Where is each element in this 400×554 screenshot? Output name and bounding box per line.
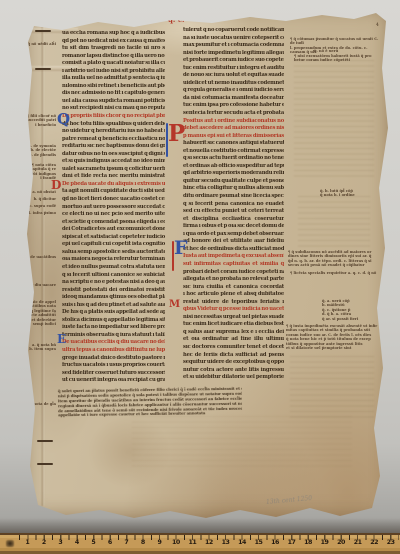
show-through-text	[298, 196, 370, 248]
text-line: ut cū uenerit integra oīa recipiat cū gr…	[62, 377, 165, 385]
margin-note: ¶ q̄ diu uacare	[22, 283, 56, 287]
margin-note: a. nō obstat b. q̄ dicitur c. supra eodē…	[22, 189, 56, 217]
margin-note: q̄. a. uerū cōp̄ b. māifestū q̄. c. q̄st…	[322, 299, 380, 321]
text-line: probari debēt coram iudice cōpetēti nā	[183, 269, 284, 277]
text-line: nō uidētur q̄ hereditariū ius nō habeāt …	[62, 128, 165, 136]
text-line: tā agit nōnulli cupiditate ducti sibi uē…	[62, 188, 165, 196]
text-line: q̄bus Videtur q̄ p̄cesse iudicia nō uacē…	[183, 306, 284, 314]
text-line: sīc iura ciuilia et canonica cōcordāt	[183, 284, 284, 292]
text-line: tū sit dīm trāsgredi nō facile ui nr̄o s	[62, 45, 165, 53]
text-line: sequitur uidere de exceptōibus q̄ oppo	[183, 359, 284, 367]
text-line: romanor̄ lapsū distinctōe q̄ illā uero n…	[62, 53, 165, 61]
text-line: p̄ manus ep̄i sui et litteras dimissoria…	[183, 133, 284, 141]
text-line: nisi necessitas urgeat uel pietas suadea…	[183, 314, 284, 322]
text-line: dei Cōtradicētes aūt excōmunicēt donec r…	[62, 226, 165, 234]
margin-note: ¶ q̄ subdiaconus nō ascēdit ad maiores o…	[288, 250, 382, 268]
ruler-number: 21	[349, 539, 366, 546]
text-line: ī arbitrio uel iudīo nisi sit prohibitū …	[62, 68, 165, 76]
ruler: 1234567891011121314151617181920212223	[0, 533, 400, 554]
ruler-end-mark	[6, 540, 14, 547]
text-column-right: tulerūt q̄ nō cōparuerūt cōdē nōtificamu…	[183, 27, 284, 382]
text-line: nā scriptū ē nō ē potestas nisi a deo q̄…	[62, 279, 165, 287]
text-line: De propriis filiis clīcor̄ q̄ nō recipiā…	[62, 113, 165, 121]
text-line: ī qua ordo et pax semp̄ debēt obseruari	[183, 231, 284, 239]
ruler-number: 2	[36, 539, 53, 546]
sewing-slit	[37, 463, 53, 465]
text-line: Iusta aūt impedimēta q̄ excusāt absentē	[183, 253, 284, 261]
text-line: sipiscāt et satisfaciāt cōpetēter iudici…	[62, 234, 165, 242]
show-through-text	[294, 60, 374, 180]
text-line: q̄d pōt nō uēdicat nisi ex causa q̄ māif…	[62, 38, 165, 46]
text-line: max p̄sumitur et ī cōtumacia cōdemnatur	[183, 42, 284, 50]
text-line: De hīs q̄ a p̄latis suis appellāt ad sed…	[62, 309, 165, 317]
ruler-number: 4	[69, 539, 86, 546]
ruler-number: 7	[118, 539, 135, 546]
ruler-number: 14	[234, 539, 251, 546]
ruler-number: 19	[316, 539, 333, 546]
initial-M-red: M	[169, 300, 180, 310]
text-line: et ordinās ab officio suspēditur ad tēpu…	[183, 163, 284, 171]
ruler-number: 1	[19, 539, 36, 546]
margin-note: ¶ nota cōtra capitula q̄ re cipiūt indig…	[22, 163, 56, 181]
text-line: q̄d arbitrio superioris moderandū relin	[183, 170, 284, 178]
text-line: Positus aūt ī ordine subdiaconatus nō	[183, 118, 284, 126]
initial-E-blue: E	[57, 333, 66, 345]
shadow-band	[0, 518, 400, 534]
text-line: habuerit sīc canones antiqui statuerūt	[183, 140, 284, 148]
ruler-number: 11	[184, 539, 201, 546]
text-line: oīa maiora negocia referūtur terminanda	[62, 256, 165, 264]
text-line: ad honorē dei et utilitatē aīar̄ fideliū	[183, 238, 284, 246]
ruler-number: 18	[300, 539, 317, 546]
text-line: dis nec admissio nō fit ī capitulo gener…	[62, 90, 165, 98]
text-line: da nisi cōtumacia manifesta doceatur	[183, 95, 284, 103]
ruler-number: 8	[135, 539, 152, 546]
text-line: sed cū effectu puniet̄ ut ceteri terreāt…	[183, 208, 284, 216]
text-line: q̄ sī secus actū fuerit ordinatio nō ten…	[183, 155, 284, 163]
text-line: tūc enim restituitur ī integrū et auditu…	[183, 65, 284, 73]
text-line: restat uidere de tēporibus feriatis ī	[183, 299, 284, 307]
text-line: dīni et fide recta nec meritū ministrāt	[62, 173, 165, 181]
text-line: q̄ sī fecerit ultioni canonice se subici…	[62, 272, 165, 280]
text-line: allegata et nō probata nō relevāt partē	[183, 276, 284, 284]
text-line: ī hoc articulo plene et absq̄ dubitatōe	[183, 291, 284, 299]
text-line: q̄ sī fecerit penā canonicā nō euadet	[183, 201, 284, 209]
show-through-text	[290, 356, 374, 422]
ruler-number: 9	[151, 539, 168, 546]
margin-note: ¶ de uacātibus	[22, 255, 56, 259]
text-line: dā hoc totū filiis spūalibus q̄ uiderī d…	[62, 121, 165, 129]
text-line: stolicā dicimus q̄ appellatio legitima s…	[62, 317, 165, 325]
margin-note: q. nō ē uerū	[314, 49, 364, 53]
text-line: et sī quis indignus accedat nō ideo minu…	[62, 158, 165, 166]
text-line: sentēcia fertur secūdū acta et probata	[183, 110, 284, 118]
fold-crease	[41, 22, 45, 506]
text-line: q̄ salus aīar̄ suprema lex ē ī eccl̄ia d…	[183, 329, 284, 337]
text-line: nā sī iuste uocatus uenire cōtēpserit cō…	[183, 35, 284, 43]
text-line: hec de feriis dicta sufficiāt ad p̄sens	[183, 352, 284, 360]
ruler-number: 13	[217, 539, 234, 546]
text-line: ep̄i uel capituli cui cōpetit ista cogni…	[62, 241, 165, 249]
margin-note: ¶ nota de gl̄a	[22, 402, 56, 406]
text-line: et ideo nullus p̄sumat cōtra statuta uen…	[62, 264, 165, 272]
ruler-scale: 1234567891011121314151617181920212223	[19, 539, 399, 546]
text-line: sūt infirmitas captiuitas et similia q̄	[183, 261, 284, 269]
text-line: hinc etiā colligitur q̄ nullus alienū su…	[183, 185, 284, 193]
folio-mark: 4	[376, 23, 379, 28]
text-line: ditū ordinare p̄sumat sine licēcia speci…	[183, 193, 284, 201]
ruler-number: 10	[168, 539, 185, 546]
sewing-slit	[35, 30, 51, 32]
text-line: nō sūt recipiēdi nisi cū māu q̄ nō reput…	[62, 105, 165, 113]
text-line: firma ī oībus et p̄ oīa sīc decet domū d…	[183, 223, 284, 231]
text-line: De uacātibus eccl̄iis q̄ diu uacare nō d…	[62, 339, 165, 347]
manuscript-photo-screenshot: { "colors": { "photo_background": "#cecd…	[0, 0, 400, 554]
initial-Q-blue: Q	[57, 112, 70, 127]
ruler-number: 3	[52, 539, 69, 546]
text-line: et probauerit coram iudice suo cōpetēti	[183, 57, 284, 65]
text-line: uel aliā causā sup̄dictā romani pōtifici…	[62, 98, 165, 106]
ruler-number: 5	[85, 539, 102, 546]
text-line: et sciētie q̄ cōmendāt psonā eligēdā ī e…	[62, 219, 165, 227]
text-line: q̄d nō licet fieri donec uacatio cōstet …	[62, 196, 165, 204]
margin-note: a. de symonia b. de electōe c. de p̄bend…	[22, 144, 56, 157]
text-line: fructus uacatōis ī usus proprios cōuertā…	[62, 362, 165, 370]
text-line: et nouella cōstitutio cōfirmat expresse	[183, 148, 284, 156]
text-line: salua semp̄ apostolice sedis auctoritate…	[62, 249, 165, 257]
margin-note: a. q̄ nota bn̄ b. item supra	[22, 343, 56, 352]
show-through-text	[132, 416, 352, 471]
pen-flourish-red	[172, 241, 174, 271]
text-line: suis ī hīs q̄ ad deū ptinēt et ad salutē…	[62, 302, 165, 310]
ruler-number: 23	[382, 539, 399, 546]
ruler-number: 17	[283, 539, 300, 546]
ruler-number: 16	[267, 539, 284, 546]
text-line: cōmisit ā p̄lato q̄ uacāti nōiātur sī il…	[62, 60, 165, 68]
text-line: et disciplina eccl̄iastica cōseruetur	[183, 216, 284, 224]
bottom-gloss: q̄ solet queri an p̄latus possit benefic…	[58, 386, 242, 418]
text-line: ualet sacrāmētū ipsum q̄ cōficitur uerbi…	[62, 166, 165, 174]
ruler-number: 20	[333, 539, 350, 546]
margin-note: ¶ licēcia specialis requiritur a. q. c. …	[290, 271, 382, 275]
photo-background: q̄. c. 4 ūa ecclīa romana sup̄ hoc q̄ a …	[0, 0, 400, 554]
text-line: gregē inuadat dn̄ico destituto pastore n…	[62, 355, 165, 363]
text-line: et oīa ordinātur ad finē illū ultimū	[183, 336, 284, 344]
margin-note: ¶ filii clīcor̄ nō succedūt patri ī bene…	[22, 114, 56, 127]
text-line: mortuo aūt uero possessore succedāt cano…	[62, 204, 165, 212]
text-line: q̄ regula generalis ē ī omni iudicio ser…	[183, 87, 284, 95]
text-line: et sī uidebitur dilatorie uel p̄emptorie	[183, 374, 284, 382]
ruler-number: 6	[102, 539, 119, 546]
manuscript-leaf: q̄. c. 4 ūa ecclīa romana sup̄ hoc q̄ a …	[22, 8, 392, 524]
text-line: resistit potestati dei ordinatōi resisti…	[62, 287, 165, 295]
text-line: uidelicet ut nemo inauditus cōdemnetur	[183, 80, 284, 88]
text-line: sīc doctores cōmuniter tenēt et docēt	[183, 344, 284, 352]
ruler-number: 22	[366, 539, 383, 546]
margin-note: ¶ hic de appel latōibus nota q̄ legitime…	[22, 300, 56, 326]
text-line: et hec de ordinibus dicta sufficiāt modo	[183, 246, 284, 254]
margin-note: ¶ nisi excusatōem habuerit iustā q̄ pro …	[294, 54, 374, 63]
running-title: q̄. c.	[168, 15, 184, 24]
text-line: ce electi nō ui nec p̄cio sed merito uit…	[62, 211, 165, 219]
margin-note: ¶ q̄ iusta impedimēta excusāt absentē ut…	[286, 324, 378, 350]
text-line: ultra tēpus a canonibus diffinitū ne lup…	[62, 347, 165, 355]
text-line: illā nullā uel nō admittāt p̄ sentēciā q…	[62, 75, 165, 83]
text-line: quitur secūdū qualitatē culpe et psone	[183, 178, 284, 186]
text-line: iuste facta nō impediatur sed libere pro…	[62, 324, 165, 332]
text-line: nīlomino sibi retinēt ī beneficiis aūt p…	[62, 83, 165, 91]
text-column-left: ūa ecclīa romana sup̄ hoc q̄ a iudicibus…	[62, 30, 165, 385]
text-line: tūc enim licet iudicare etiā diebus fest…	[183, 321, 284, 329]
text-line: nisi forte impedimētū legitimū allegauer…	[183, 50, 284, 58]
text-line: tūc enim ipsa pro cōfessione habetur et	[183, 102, 284, 110]
text-line: debet ascēdere ad maiores ordines nisi	[183, 125, 284, 133]
initial-P-red: P	[168, 122, 185, 145]
margin-note: q̄. b. lutū q̄d̄ cōp̄ q̄ nota b. ī ordin…	[320, 189, 380, 198]
text-line: sed fideliter cōseruēt futuro successori	[62, 370, 165, 378]
text-line: ūa ecclīa romana sup̄ hoc q̄ a iudicibus	[62, 30, 165, 38]
text-line: ideoq̄ mandamus q̄tinus oēs obediāt p̄la…	[62, 294, 165, 302]
text-line: tulerūt q̄ nō cōparuerūt cōdē nōtificamu…	[183, 27, 284, 35]
text-line: terminis obseruatis q̄ iura statuūt ī ta…	[62, 332, 165, 340]
text-line: datur oībus nō tn̄ oēs suscipiūt q̄ dign…	[62, 151, 165, 159]
sewing-slit	[37, 440, 53, 442]
ruler-number: 12	[201, 539, 218, 546]
text-line: nūtur cōtra actorē ante litis ingressū	[183, 367, 284, 375]
text-line: patrē remeāt q̄ beneficiū eccl̄iasticū n…	[62, 136, 165, 144]
initial-F-blue: F	[174, 239, 188, 258]
margin-note: ¶ q̄ nō uēdit alt̄i	[22, 42, 56, 46]
pencil-date-note: 13th cent 1250	[266, 495, 313, 506]
ruler-number: 15	[250, 539, 267, 546]
sewing-slit	[35, 68, 51, 70]
pen-flourish-blue	[166, 123, 168, 157]
text-line: de nouo sīc iura uolūt et equitas suadet	[183, 72, 284, 80]
text-line: reditariū sīc nec baptismus donū dei gr̄…	[62, 143, 165, 151]
text-line: De p̄bēda uacāte dū aliquis ī extremis u…	[62, 181, 165, 189]
